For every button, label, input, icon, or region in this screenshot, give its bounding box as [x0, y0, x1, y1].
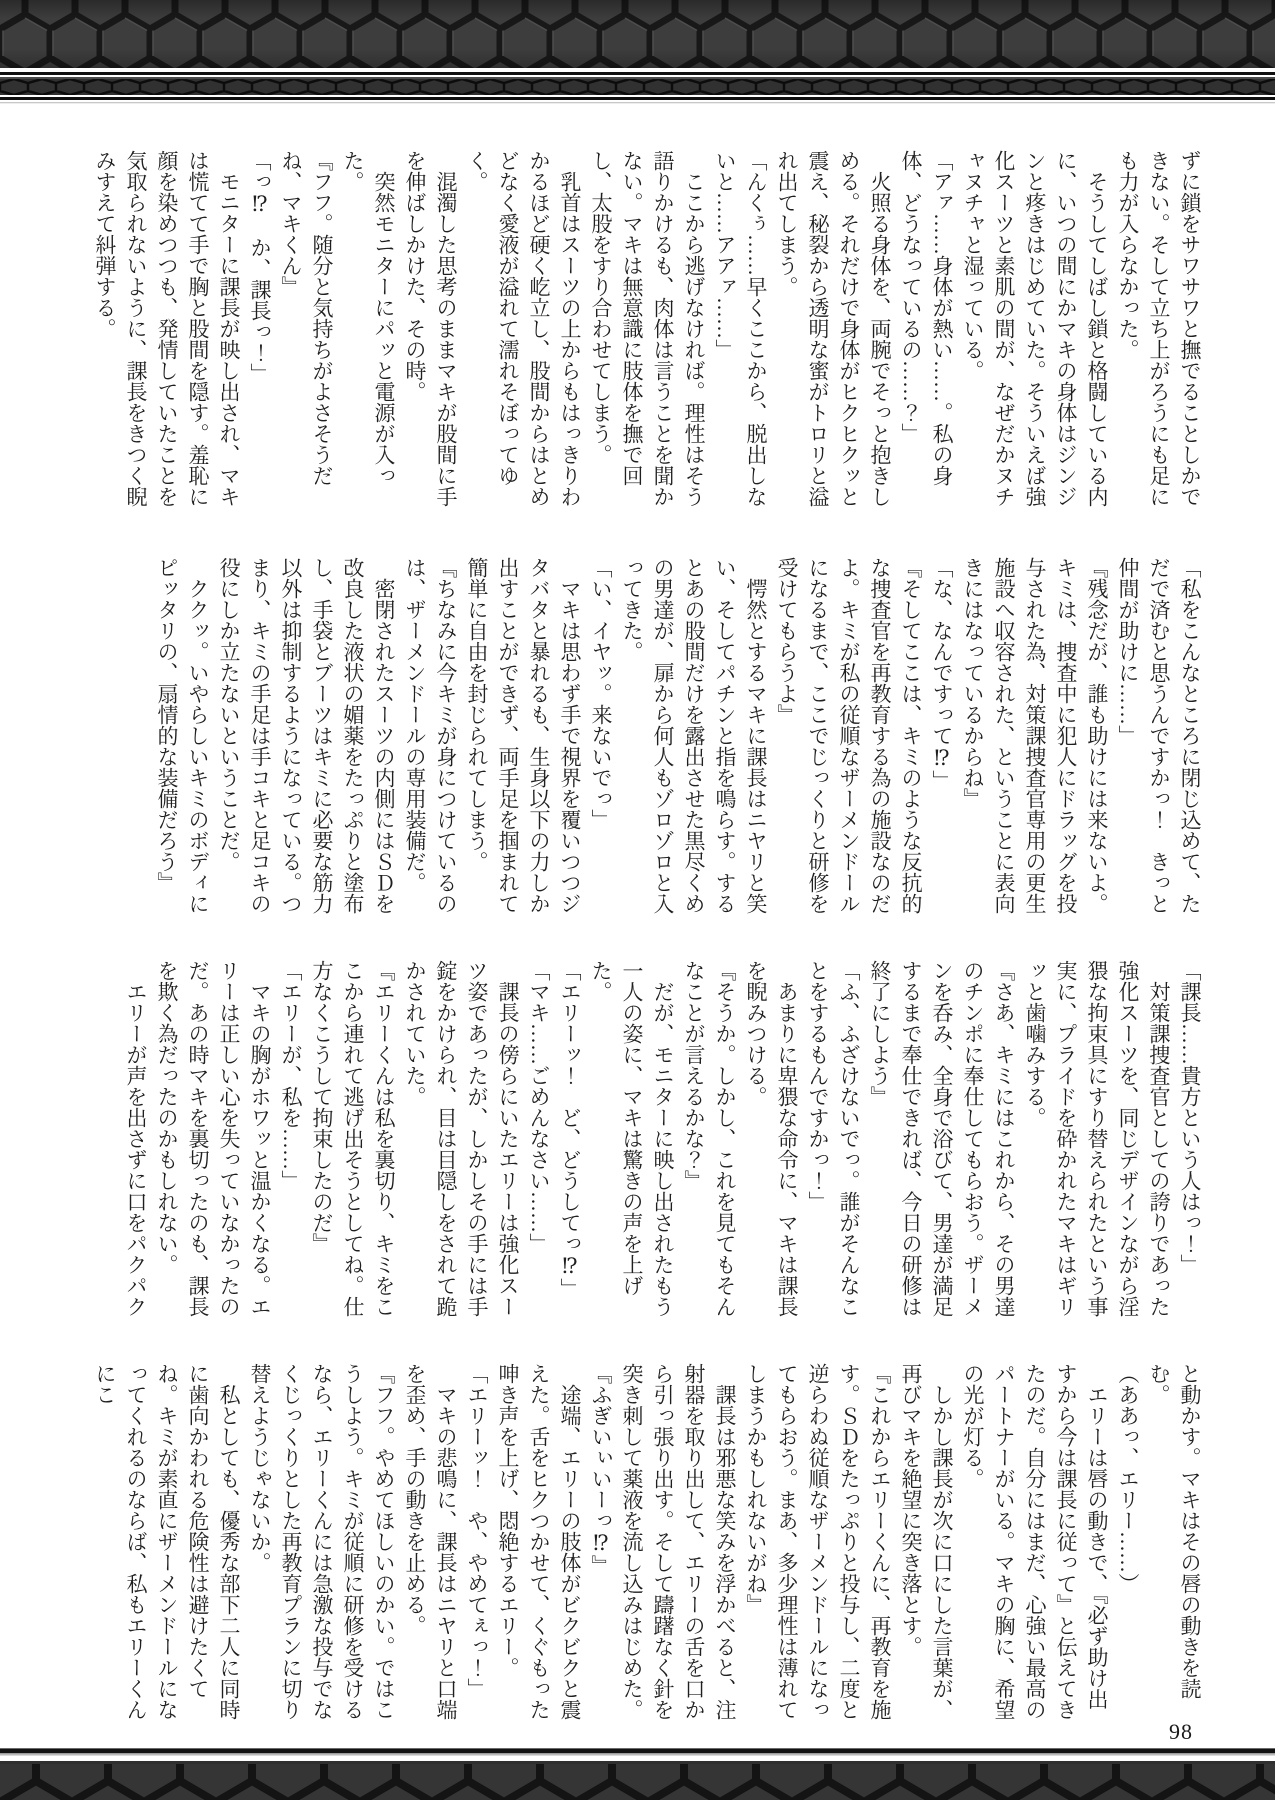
footer-honeycomb-strip: [0, 1764, 1275, 1800]
mini-honeycomb-strip: [0, 79, 1275, 95]
text-band-2: 「私をこんなところに閉じ込めて、ただで済むと思うんですかっ！ きっと仲間が助けに…: [151, 557, 1205, 917]
header-honeycomb-band: [0, 0, 1275, 68]
header-shading: [0, 0, 1275, 68]
divider-line: [0, 102, 1275, 104]
honeycomb-pattern-small: [0, 79, 1275, 95]
header-divider-lines: [0, 68, 1275, 104]
text-band-1: ずに鎖をサワサワと撫でることしかできない。そして立ち上がろうにも足にも力が入らな…: [89, 150, 1205, 510]
text-band-3: 「課長……貴方という人はっ！」 対策課捜査官としての誇りであった強化スーツを、同…: [120, 960, 1205, 1320]
footer-divider-lines: [0, 1748, 1275, 1800]
page-number: 98: [1169, 1719, 1193, 1745]
text-band-4: と動かす。マキはその唇の動きを読む。 （ああっ、エリー……） エリーは唇の動きで…: [89, 1363, 1205, 1723]
honeycomb-pattern-footer: [0, 1764, 1275, 1800]
novel-page: ずに鎖をサワサワと撫でることしかできない。そして立ち上がろうにも足にも力が入らな…: [0, 0, 1275, 1800]
